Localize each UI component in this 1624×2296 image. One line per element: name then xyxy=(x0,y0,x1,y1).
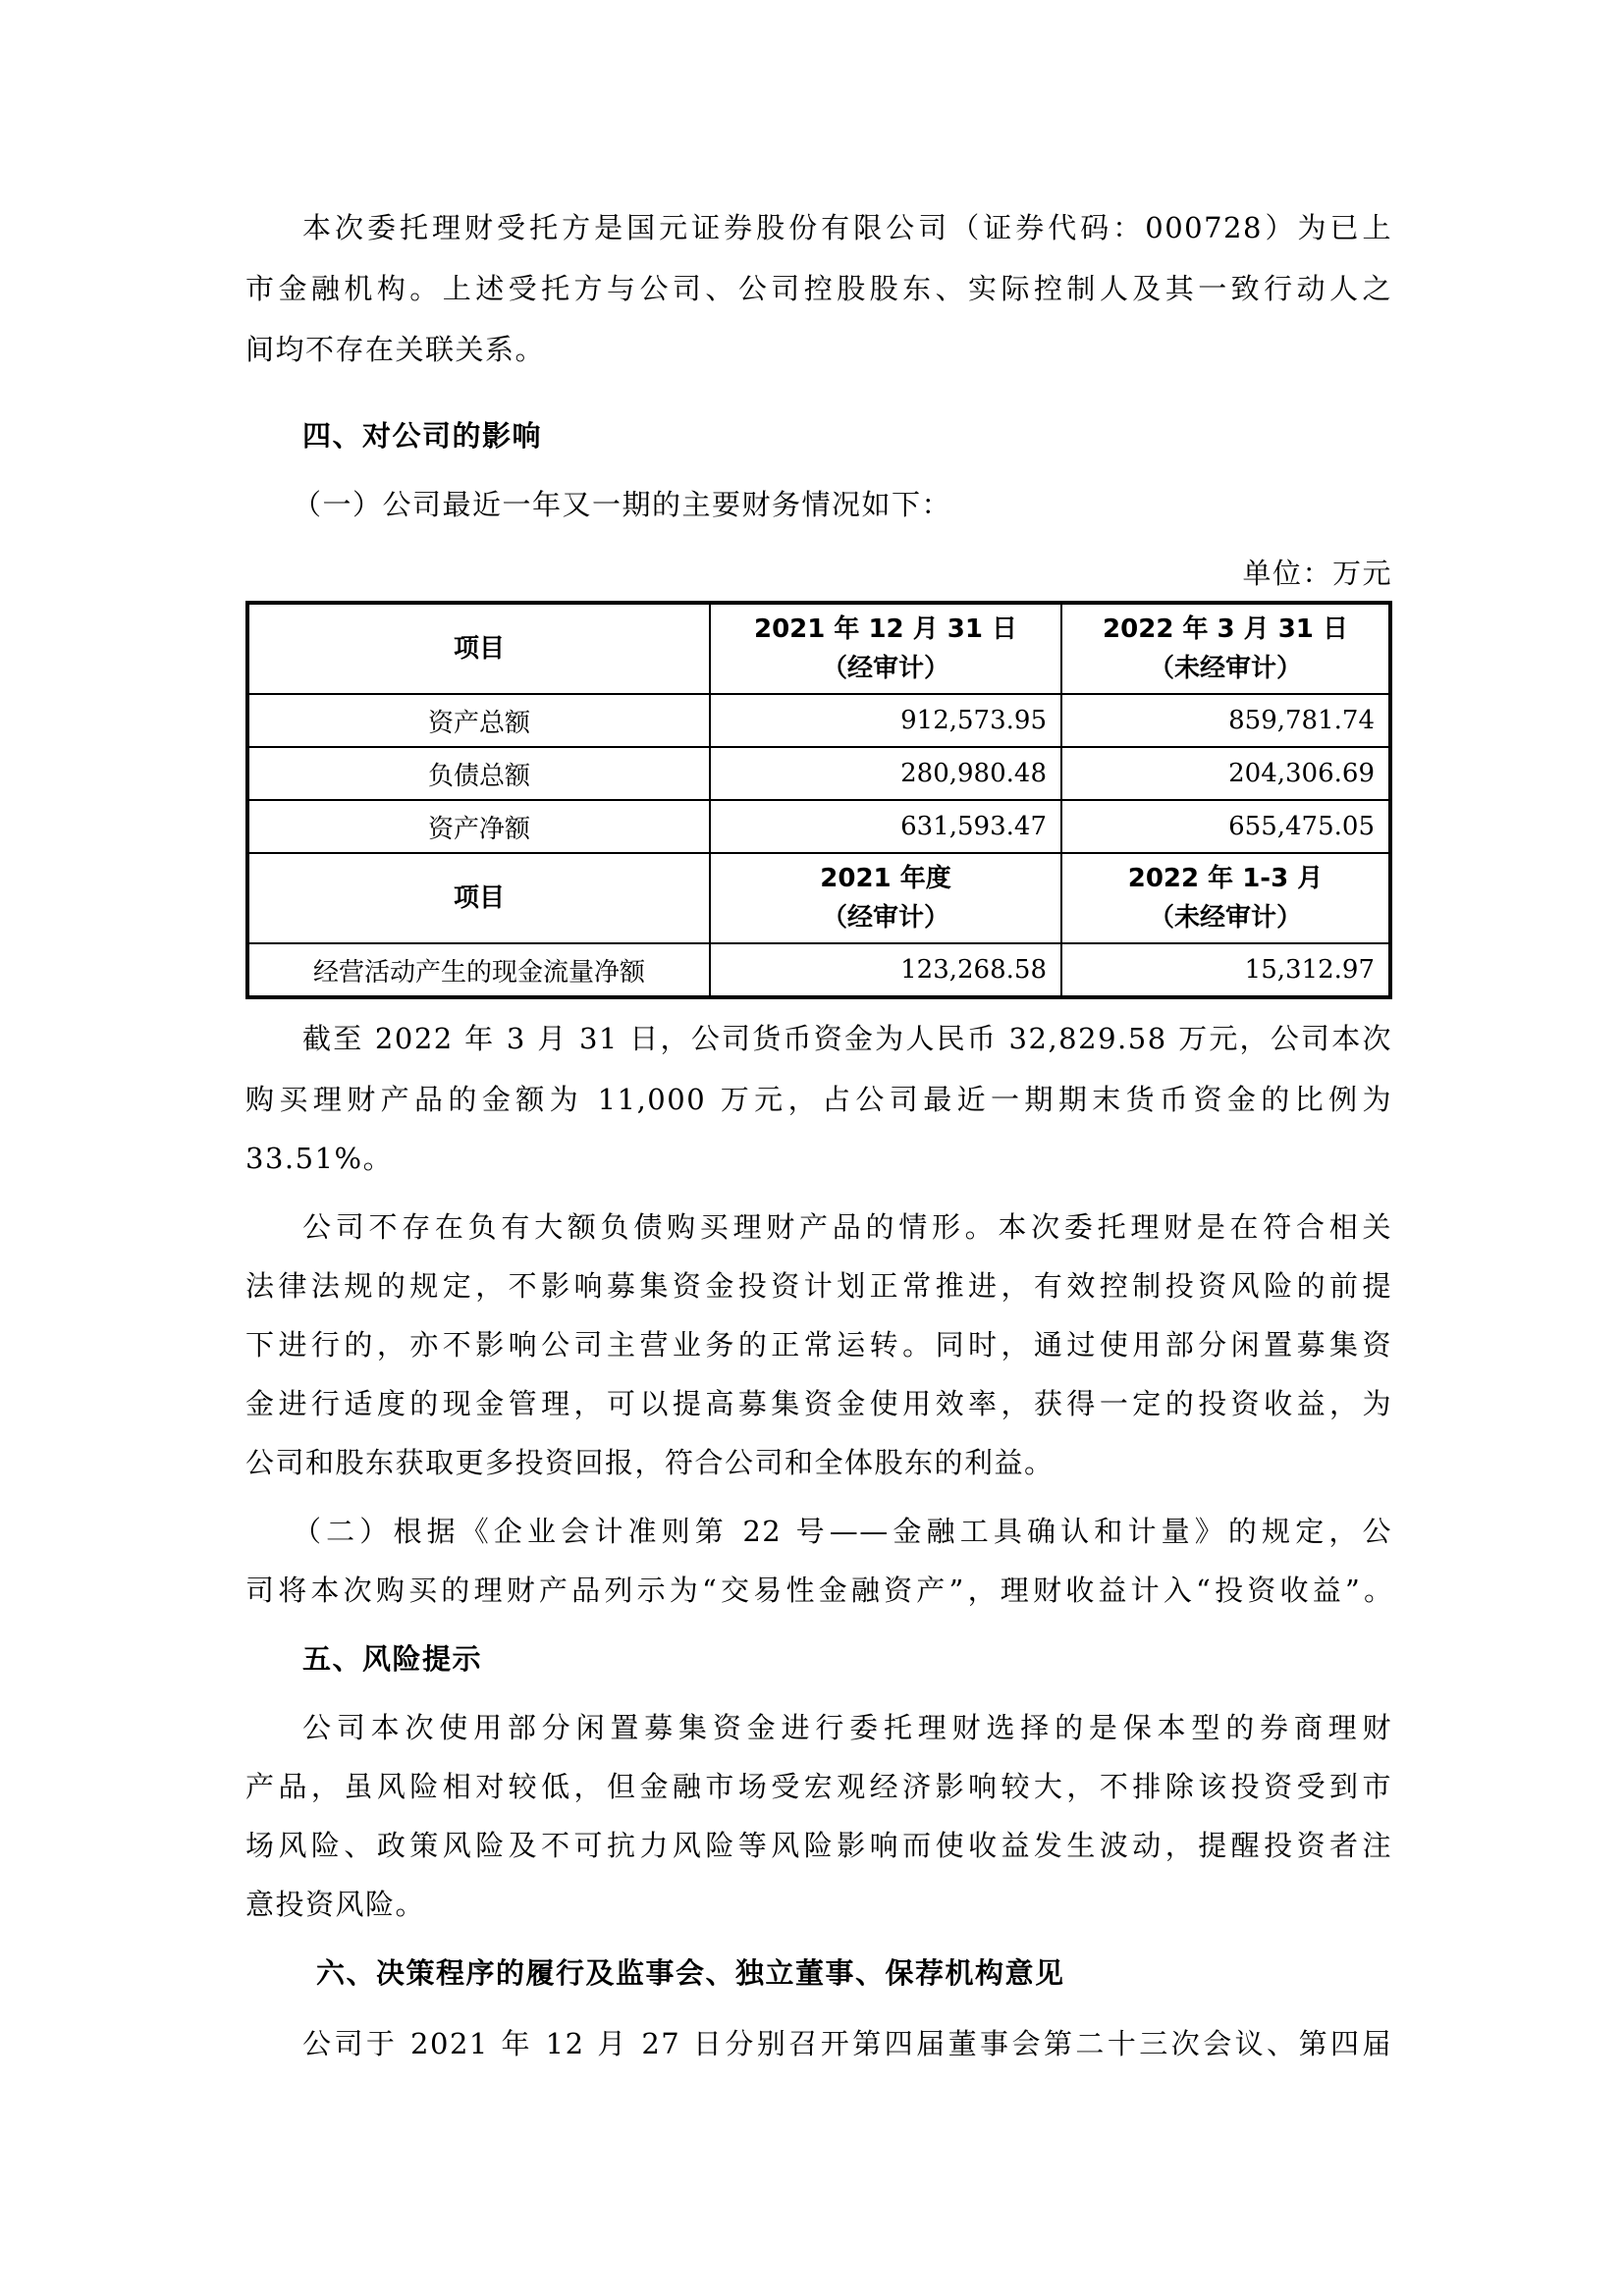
text-line: 意投资风险。 xyxy=(245,1885,1392,1924)
section-heading-4: 四、对公司的影响 xyxy=(302,416,1392,455)
cell-value: 123,268.58 xyxy=(710,943,1061,997)
header-date: 2021 年 12 月 31 日 xyxy=(725,610,1047,649)
text-line: 购买理财产品的金额为 11,000 万元，占公司最近一期期末货币资金的比例为 xyxy=(245,1080,1392,1119)
unit-label: 单位：万元 xyxy=(245,554,1392,593)
text-line: 场风险、政策风险及不可抗力风险等风险影响而使收益发生波动，提醒投资者注 xyxy=(245,1826,1392,1865)
section-heading-6: 六、决策程序的履行及监事会、独立董事、保荐机构意见 xyxy=(316,1953,1406,1993)
header-col-2021: 2021 年 12 月 31 日（经审计） xyxy=(710,603,1061,694)
text-line: 33.51%。 xyxy=(245,1139,1392,1178)
cell-value: 204,306.69 xyxy=(1061,747,1390,800)
header-period: 2021 年度 xyxy=(725,859,1047,898)
cell-value: 859,781.74 xyxy=(1061,694,1390,747)
header-col-2021: 2021 年度（经审计） xyxy=(710,853,1061,943)
text-line: 金进行适度的现金管理，可以提高募集资金使用效率，获得一定的投资收益，为 xyxy=(245,1384,1392,1423)
header-audit: （经审计） xyxy=(725,898,1047,937)
header-col-2022: 2022 年 3 月 31 日（未经审计） xyxy=(1061,603,1390,694)
subsection-heading-1: （一）公司最近一年又一期的主要财务情况如下： xyxy=(293,485,1382,524)
text-line: 间均不存在关联关系。 xyxy=(245,330,1392,369)
text-line: 市金融机构。上述受托方与公司、公司控股股东、实际控制人及其一致行动人之 xyxy=(245,269,1392,308)
text-line: 截至 2022 年 3 月 31 日，公司货币资金为人民币 32,829.58 … xyxy=(302,1019,1392,1058)
header-audit: （经审计） xyxy=(725,649,1047,688)
cell-value: 655,475.05 xyxy=(1061,800,1390,853)
header-col-2022: 2022 年 1-3 月（未经审计） xyxy=(1061,853,1390,943)
text-line: 下进行的，亦不影响公司主营业务的正常运转。同时，通过使用部分闲置募集资 xyxy=(245,1325,1392,1364)
table-header-row: 项目 2021 年度（经审计） 2022 年 1-3 月（未经审计） xyxy=(247,853,1390,943)
cell-value: 912,573.95 xyxy=(710,694,1061,747)
row-label: 负债总额 xyxy=(247,747,710,800)
financial-table: 项目 2021 年 12 月 31 日（经审计） 2022 年 3 月 31 日… xyxy=(245,601,1392,999)
table-row: 资产净额 631,593.47 655,475.05 xyxy=(247,800,1390,853)
table-row: 经营活动产生的现金流量净额 123,268.58 15,312.97 xyxy=(247,943,1390,997)
header-audit: （未经审计） xyxy=(1076,898,1375,937)
table-row: 负债总额 280,980.48 204,306.69 xyxy=(247,747,1390,800)
table-header-row: 项目 2021 年 12 月 31 日（经审计） 2022 年 3 月 31 日… xyxy=(247,603,1390,694)
text-line: 司将本次购买的理财产品列示为“交易性金融资产”，理财收益计入“投资收益”。 xyxy=(245,1571,1392,1610)
row-label: 经营活动产生的现金流量净额 xyxy=(247,943,710,997)
text-line: 公司本次使用部分闲置募集资金进行委托理财选择的是保本型的券商理财 xyxy=(302,1708,1392,1747)
text-line: 公司和股东获取更多投资回报，符合公司和全体股东的利益。 xyxy=(245,1443,1392,1482)
section-heading-5: 五、风险提示 xyxy=(302,1639,1392,1679)
cell-value: 280,980.48 xyxy=(710,747,1061,800)
cell-value: 631,593.47 xyxy=(710,800,1061,853)
header-item: 项目 xyxy=(247,853,710,943)
header-period: 2022 年 1-3 月 xyxy=(1076,859,1375,898)
text-line: 本次委托理财受托方是国元证券股份有限公司（证券代码：000728）为已上 xyxy=(302,208,1392,247)
text-line: 公司于 2021 年 12 月 27 日分别召开第四届董事会第二十三次会议、第四… xyxy=(302,2024,1392,2063)
text-line: 法律法规的规定，不影响募集资金投资计划正常推进，有效控制投资风险的前提 xyxy=(245,1266,1392,1306)
header-item: 项目 xyxy=(247,603,710,694)
header-date: 2022 年 3 月 31 日 xyxy=(1076,610,1375,649)
text-line: 公司不存在负有大额负债购买理财产品的情形。本次委托理财是在符合相关 xyxy=(302,1207,1392,1247)
row-label: 资产总额 xyxy=(247,694,710,747)
text-line: （二）根据《企业会计准则第 22 号——金融工具确认和计量》的规定，公 xyxy=(293,1512,1392,1551)
cell-value: 15,312.97 xyxy=(1061,943,1390,997)
header-audit: （未经审计） xyxy=(1076,649,1375,688)
table-row: 资产总额 912,573.95 859,781.74 xyxy=(247,694,1390,747)
row-label: 资产净额 xyxy=(247,800,710,853)
text-line: 产品，虽风险相对较低，但金融市场受宏观经济影响较大，不排除该投资受到市 xyxy=(245,1767,1392,1806)
